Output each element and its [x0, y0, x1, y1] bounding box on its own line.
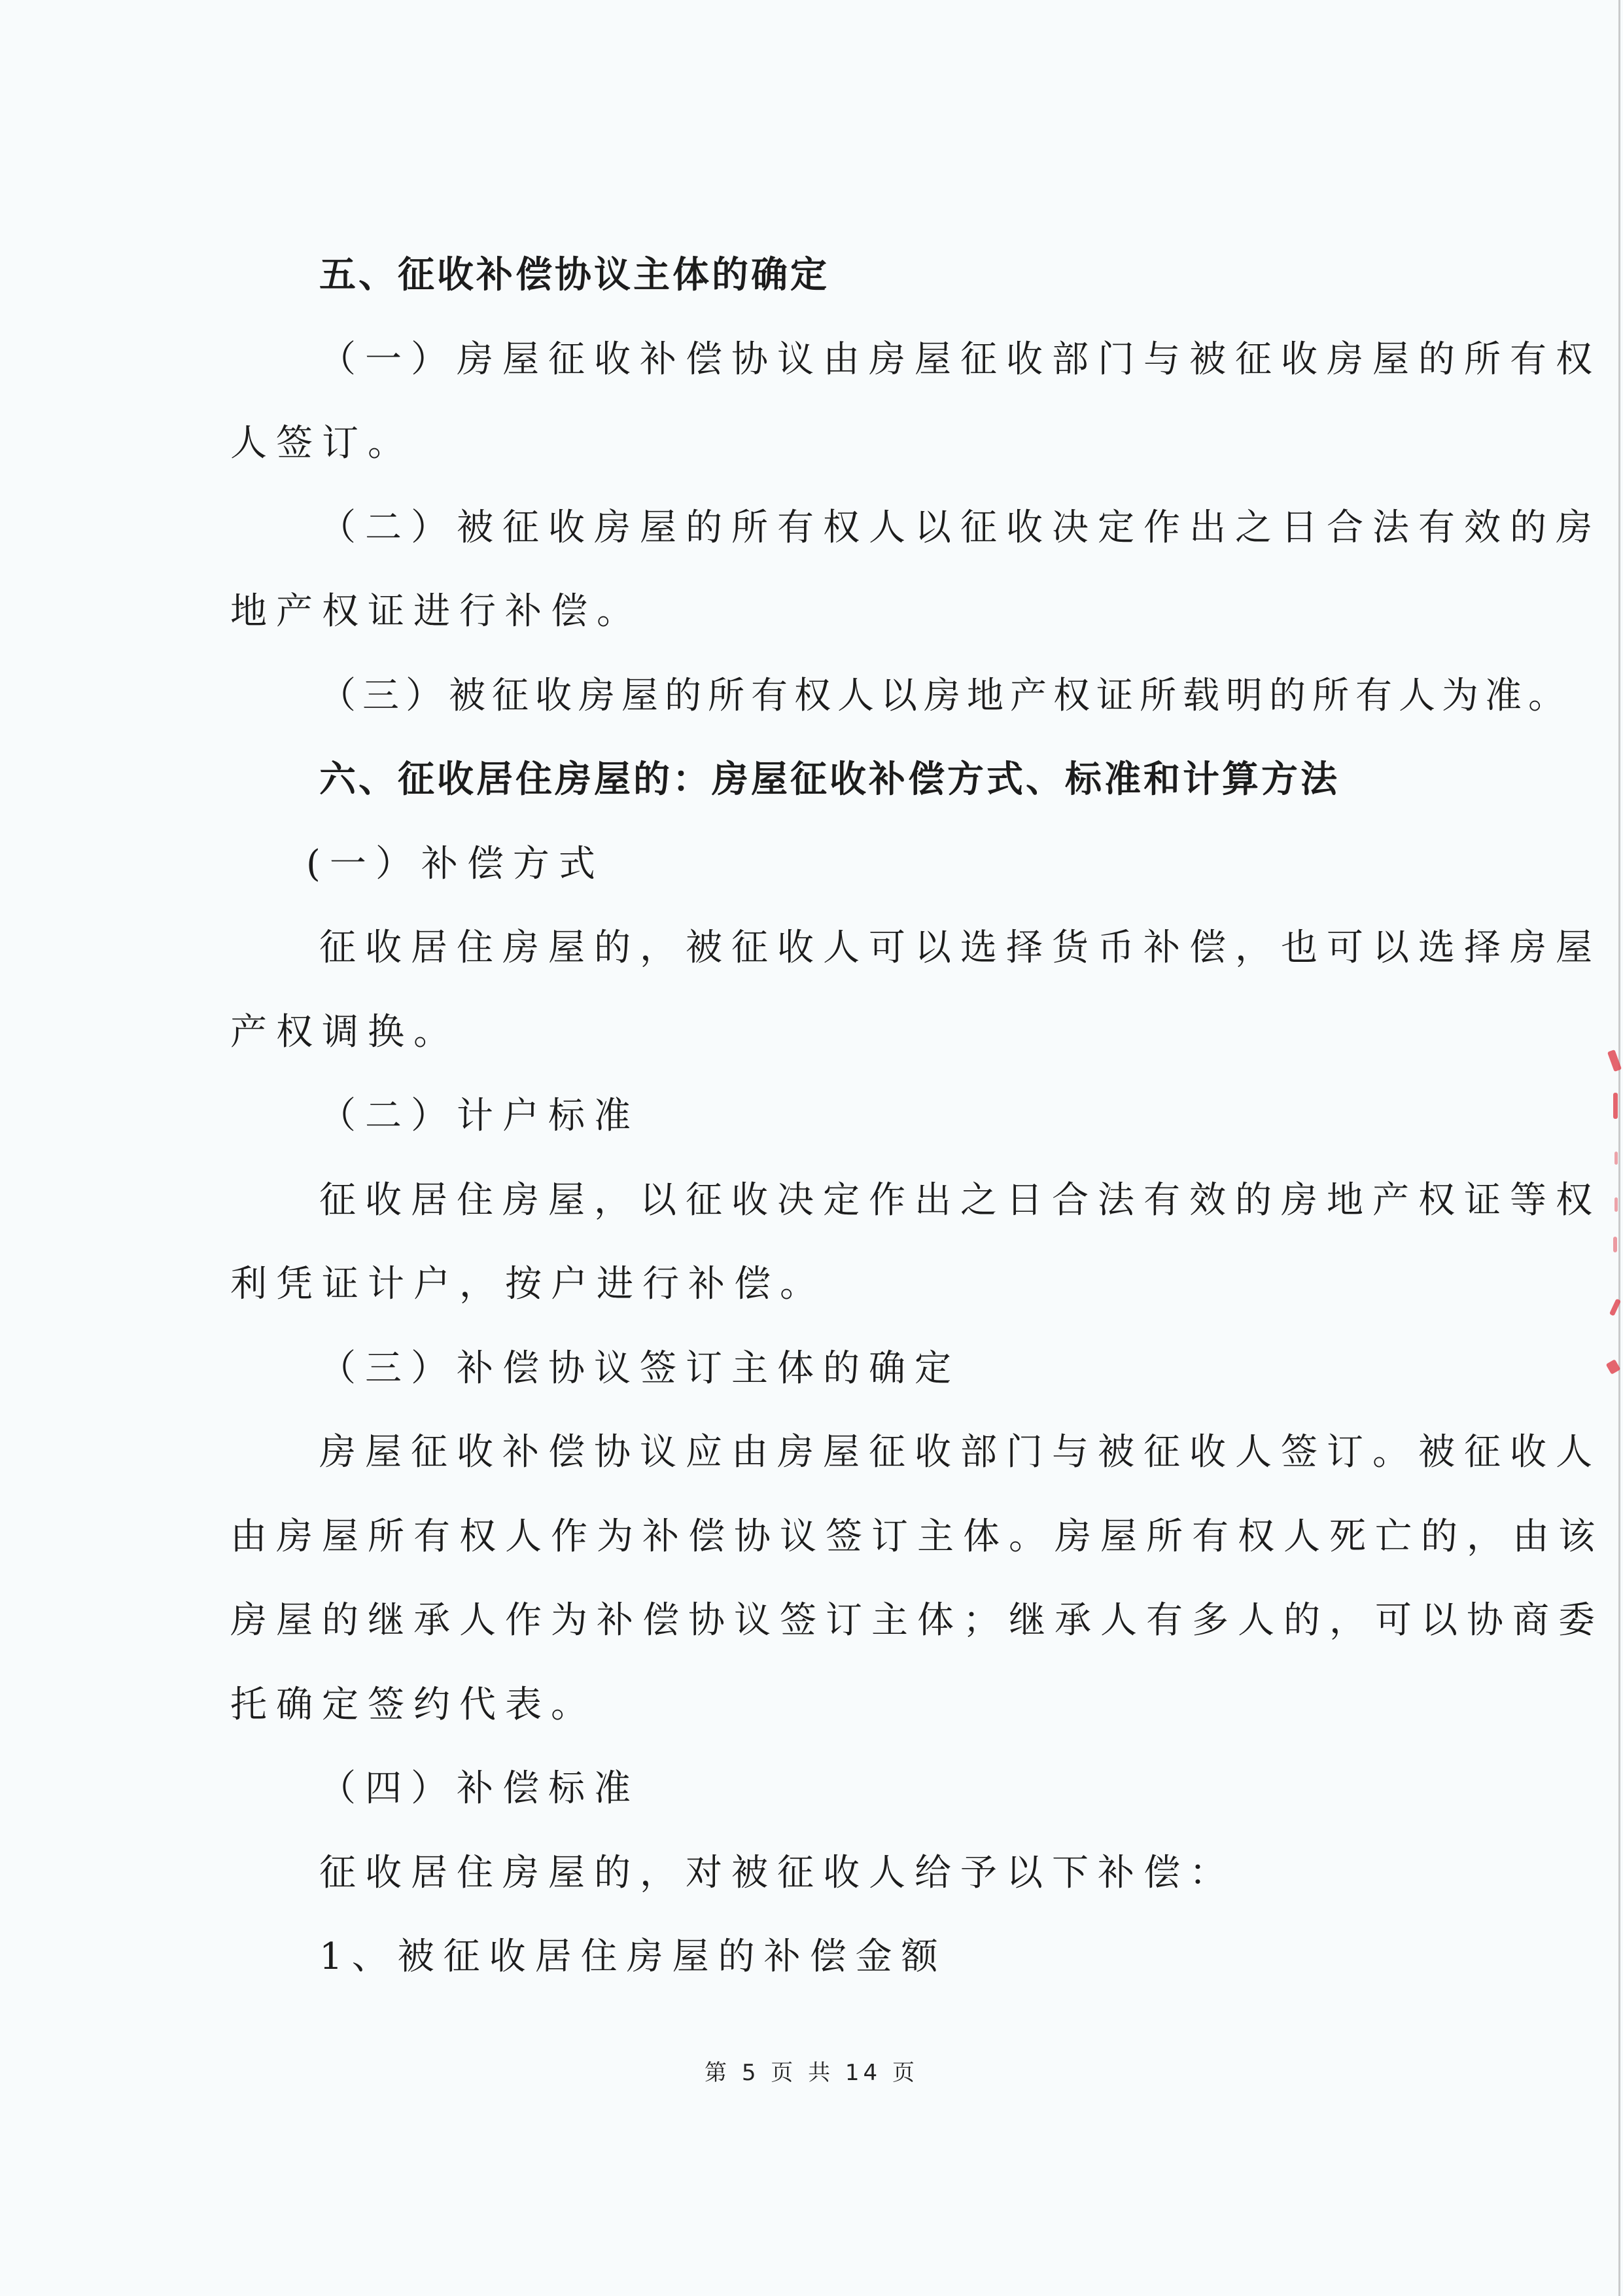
section-heading-5: 五、征收补偿协议主体的确定	[319, 253, 829, 298]
document-page: 五、征收补偿协议主体的确定 （一）房屋征收补偿协议由房屋征收部门与被征收房屋的所…	[0, 0, 1623, 2296]
paragraph-line: 人签订。	[230, 421, 413, 467]
paragraph-line: 征收居住房屋，以征收决定作出之日合法有效的房地产权证等权	[319, 1178, 1601, 1224]
paragraph-line: 房屋的继承人作为补偿协议签订主体；继承人有多人的，可以协商委	[230, 1598, 1604, 1644]
subsection-heading: （二）计户标准	[319, 1093, 640, 1139]
paragraph-line: 产权调换。	[230, 1010, 459, 1055]
paragraph-line: 1、被征收居住房屋的补偿金额	[319, 1934, 947, 1980]
page-number-footer: 第 5 页 共 14 页	[0, 2055, 1623, 2087]
subsection-heading: (一）补偿方式	[306, 841, 604, 887]
paragraph-line: 征收居住房屋的，对被征收人给予以下补偿：	[319, 1850, 1235, 1896]
paragraph-line: 利凭证计户，按户进行补偿。	[230, 1262, 826, 1307]
subsection-heading: （四）补偿标准	[319, 1766, 640, 1812]
section-heading-6: 六、征收居住房屋的：房屋征收补偿方式、标准和计算方法	[319, 757, 1340, 803]
paragraph-line: 托确定签约代表。	[230, 1682, 597, 1728]
paragraph-line: 由房屋所有权人作为补偿协议签订主体。房屋所有权人死亡的，由该	[230, 1514, 1604, 1560]
paragraph-line: （二）被征收房屋的所有权人以征收决定作出之日合法有效的房	[319, 505, 1601, 551]
paragraph-line: （一）房屋征收补偿协议由房屋征收部门与被征收房屋的所有权	[319, 337, 1601, 383]
paragraph-line: 房屋征收补偿协议应由房屋征收部门与被征收人签订。被征收人	[319, 1430, 1601, 1475]
paragraph-line: 地产权证进行补偿。	[230, 589, 642, 635]
page-edge-line	[1618, 0, 1620, 2296]
paragraph-line: （三）被征收房屋的所有权人以房地产权证所载明的所有人为准。	[319, 673, 1571, 719]
subsection-heading: （三）补偿协议签订主体的确定	[319, 1346, 960, 1392]
paragraph-line: 征收居住房屋的，被征收人可以选择货币补偿，也可以选择房屋	[319, 925, 1601, 971]
